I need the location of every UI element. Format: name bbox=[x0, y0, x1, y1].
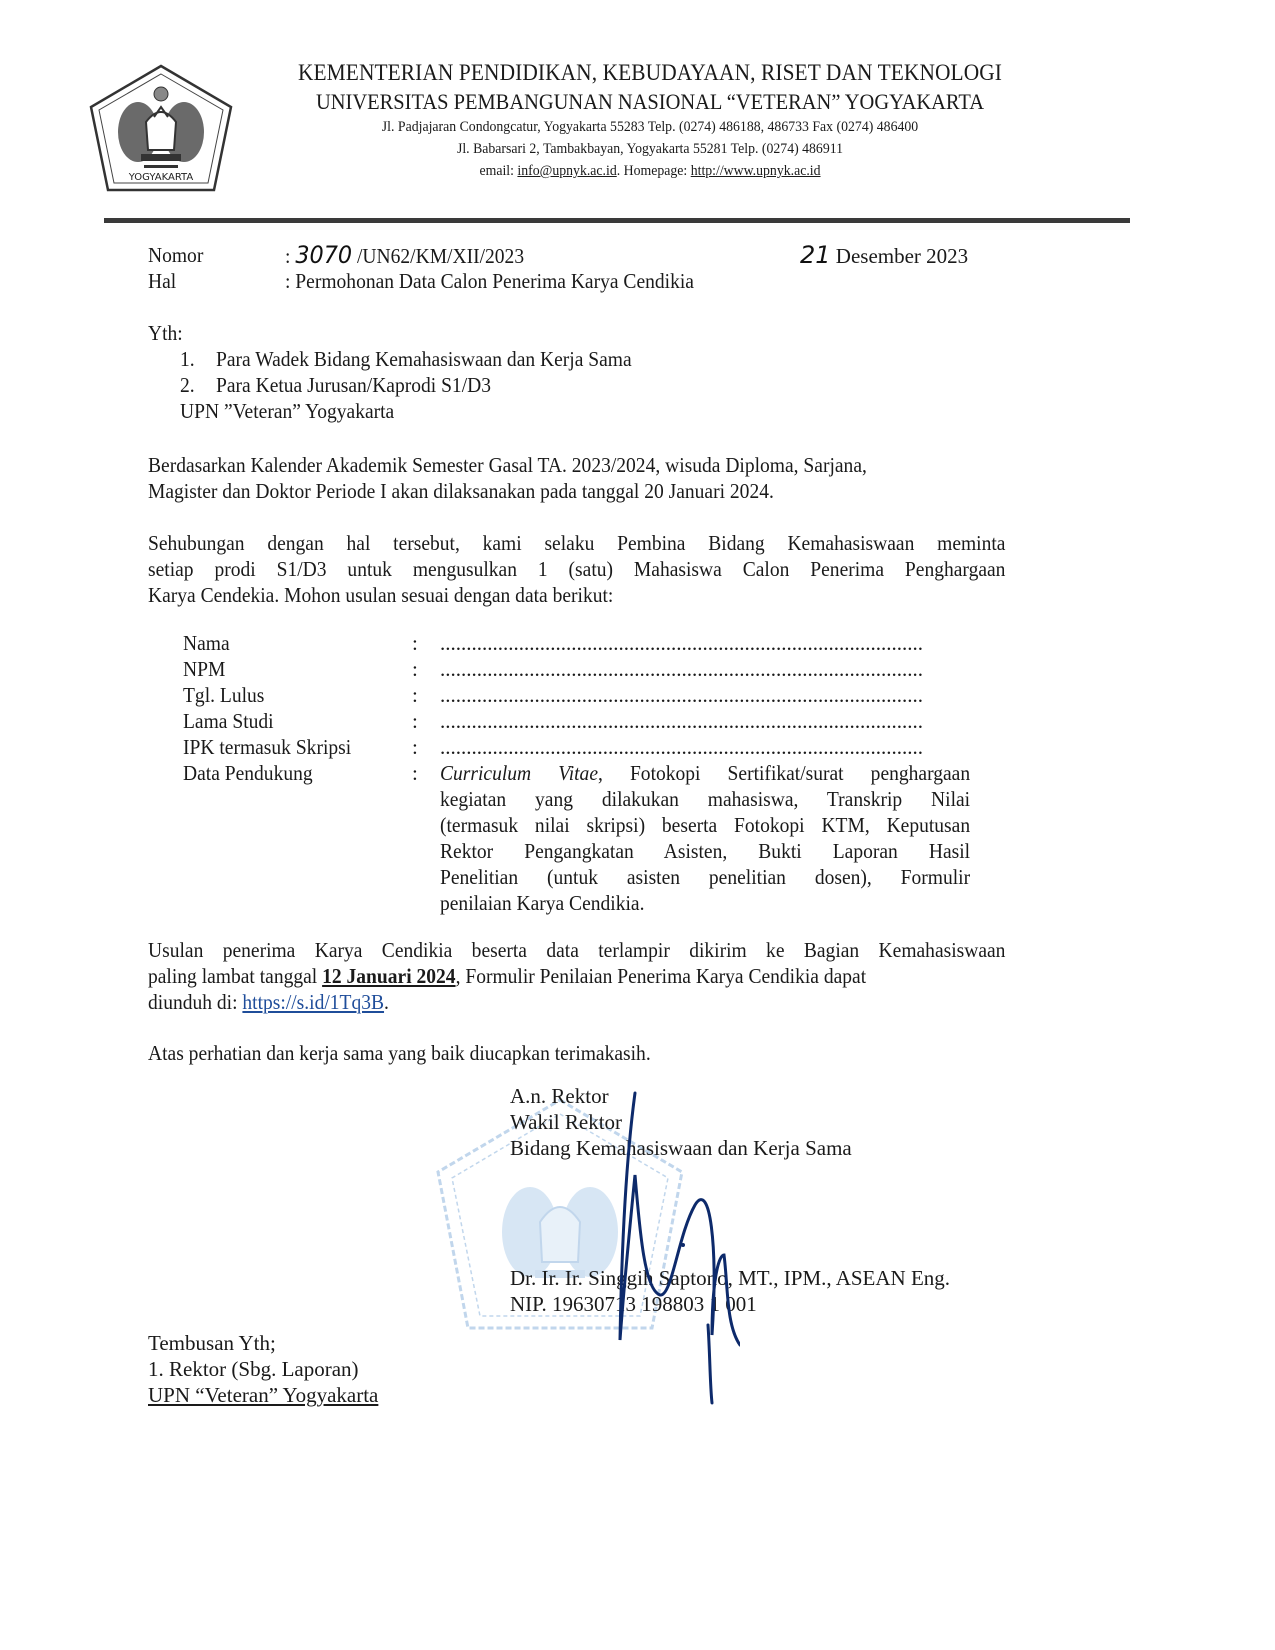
field-colon: : bbox=[412, 630, 418, 657]
address-line-1: Jl. Padjajaran Condongcatur, Yogyakarta … bbox=[250, 116, 1050, 138]
nomor-suffix: /UN62/KM/XII/2023 bbox=[357, 244, 524, 268]
cc-institution: UPN “Veteran” Yogyakarta bbox=[148, 1382, 378, 1409]
recipient-2: Para Ketua Jurusan/Kaprodi S1/D3 bbox=[216, 372, 491, 399]
thanks-line: Atas perhatian dan kerja sama yang baik … bbox=[148, 1040, 651, 1067]
recipient-1: Para Wadek Bidang Kemahasiswaan dan Kerj… bbox=[216, 346, 632, 373]
field-colon: : bbox=[412, 656, 418, 683]
cc-heading: Tembusan Yth; bbox=[148, 1330, 276, 1357]
supporting-line-4: Rektor Pengangkatan Asisten, Bukti Lapor… bbox=[440, 838, 970, 865]
paragraph-3-line-3: diunduh di: https://s.id/1Tq3B. bbox=[148, 989, 389, 1016]
hal-label: Hal bbox=[148, 268, 176, 295]
paragraph-2-line-2: setiap prodi S1/D3 untuk mengusulkan 1 (… bbox=[148, 556, 1005, 583]
homepage-label: . Homepage: bbox=[617, 163, 691, 179]
field-colon: : bbox=[412, 760, 418, 787]
download-label: diunduh di: bbox=[148, 990, 242, 1014]
recipient-institution: UPN ”Veteran” Yogyakarta bbox=[180, 398, 394, 425]
letter-date: 21 Desember 2023 bbox=[800, 242, 968, 270]
period: . bbox=[384, 990, 389, 1014]
deadline-outro: , Formulir Penilaian Penerima Karya Cend… bbox=[456, 964, 867, 988]
paragraph-1-line-2: Magister dan Doktor Periode I akan dilak… bbox=[148, 478, 774, 505]
field-colon: : bbox=[412, 708, 418, 735]
date-month-year: Desember 2023 bbox=[836, 244, 968, 268]
letterhead-divider bbox=[104, 218, 1130, 223]
field-label-lama-studi: Lama Studi bbox=[183, 708, 274, 735]
recipients-heading: Yth: bbox=[148, 320, 183, 347]
supporting-line-6: penilaian Karya Cendikia. bbox=[440, 890, 644, 917]
recipient-1-num: 1. bbox=[180, 346, 195, 373]
field-label-nama: Nama bbox=[183, 630, 230, 657]
field-label-tgl-lulus: Tgl. Lulus bbox=[183, 682, 264, 709]
homepage-link[interactable]: http://www.upnyk.ac.id bbox=[691, 163, 821, 179]
deadline-date: 12 Januari 2024 bbox=[322, 964, 455, 988]
email-label: email: bbox=[479, 163, 517, 179]
on-behalf-of: A.n. Rektor bbox=[510, 1083, 609, 1110]
field-colon: : bbox=[412, 734, 418, 761]
supporting-line-2: kegiatan yang dilakukan mahasiswa, Trans… bbox=[440, 786, 970, 813]
hal-value: : Permohonan Data Calon Penerima Karya C… bbox=[285, 268, 694, 295]
svg-text:YOGYAKARTA: YOGYAKARTA bbox=[128, 172, 194, 183]
cc-item-1: 1. Rektor (Sbg. Laporan) bbox=[148, 1356, 359, 1383]
colon: : bbox=[285, 244, 290, 268]
nomor-handwritten: 3070 bbox=[295, 241, 352, 269]
paragraph-3-line-2: paling lambat tanggal 12 Januari 2024, F… bbox=[148, 963, 866, 990]
contact-line: email: info@upnyk.ac.id. Homepage: http:… bbox=[250, 160, 1050, 182]
field-blank-lama-studi[interactable]: ........................................… bbox=[440, 708, 958, 735]
field-blank-ipk[interactable]: ........................................… bbox=[440, 734, 958, 761]
date-handwritten: 21 bbox=[800, 241, 831, 269]
university-name: UNIVERSITAS PEMBANGUNAN NASIONAL “VETERA… bbox=[245, 88, 1054, 116]
field-blank-tgl-lulus[interactable]: ........................................… bbox=[440, 682, 958, 709]
field-label-ipk: IPK termasuk Skripsi bbox=[183, 734, 351, 761]
paragraph-1-line-1: Berdasarkan Kalender Akademik Semester G… bbox=[148, 452, 867, 479]
ministry-name: KEMENTERIAN PENDIDIKAN, KEBUDAYAAN, RISE… bbox=[245, 58, 1054, 88]
curriculum-vitae-italic: Curriculum Vitae bbox=[440, 761, 598, 785]
paragraph-2-line-3: Karya Cendekia. Mohon usulan sesuai deng… bbox=[148, 582, 613, 609]
supporting-line-3: (termasuk nilai skripsi) beserta Fotokop… bbox=[440, 812, 970, 839]
field-blank-npm[interactable]: ........................................… bbox=[440, 656, 958, 683]
field-label-npm: NPM bbox=[183, 656, 225, 683]
letterhead: KEMENTERIAN PENDIDIKAN, KEBUDAYAAN, RISE… bbox=[215, 58, 1085, 182]
supporting-line-5: Penelitian (untuk asisten penelitian dos… bbox=[440, 864, 970, 891]
email-link[interactable]: info@upnyk.ac.id bbox=[517, 163, 616, 179]
supporting-line-1: Curriculum Vitae, Fotokopi Sertifikat/su… bbox=[440, 760, 970, 787]
field-colon: : bbox=[412, 682, 418, 709]
form-download-link[interactable]: https://s.id/1Tq3B bbox=[242, 990, 384, 1014]
address-line-2: Jl. Babarsari 2, Tambakbayan, Yogyakarta… bbox=[250, 138, 1050, 160]
deadline-intro: paling lambat tanggal bbox=[148, 964, 322, 988]
field-blank-nama[interactable]: ........................................… bbox=[440, 630, 958, 657]
recipient-2-num: 2. bbox=[180, 372, 195, 399]
paragraph-2-line-1: Sehubungan dengan hal tersebut, kami sel… bbox=[148, 530, 1005, 557]
paragraph-3-line-1: Usulan penerima Karya Cendikia beserta d… bbox=[148, 937, 1005, 964]
supporting-text: , Fotokopi Sertifikat/surat penghargaan bbox=[598, 761, 970, 785]
university-logo-icon: YOGYAKARTA bbox=[86, 62, 236, 202]
handwritten-signature-icon bbox=[600, 1085, 740, 1405]
nomor-value: : 3070 /UN62/KM/XII/2023 bbox=[285, 242, 524, 270]
field-label-data-pendukung: Data Pendukung bbox=[183, 760, 313, 787]
nomor-label: Nomor bbox=[148, 242, 203, 269]
